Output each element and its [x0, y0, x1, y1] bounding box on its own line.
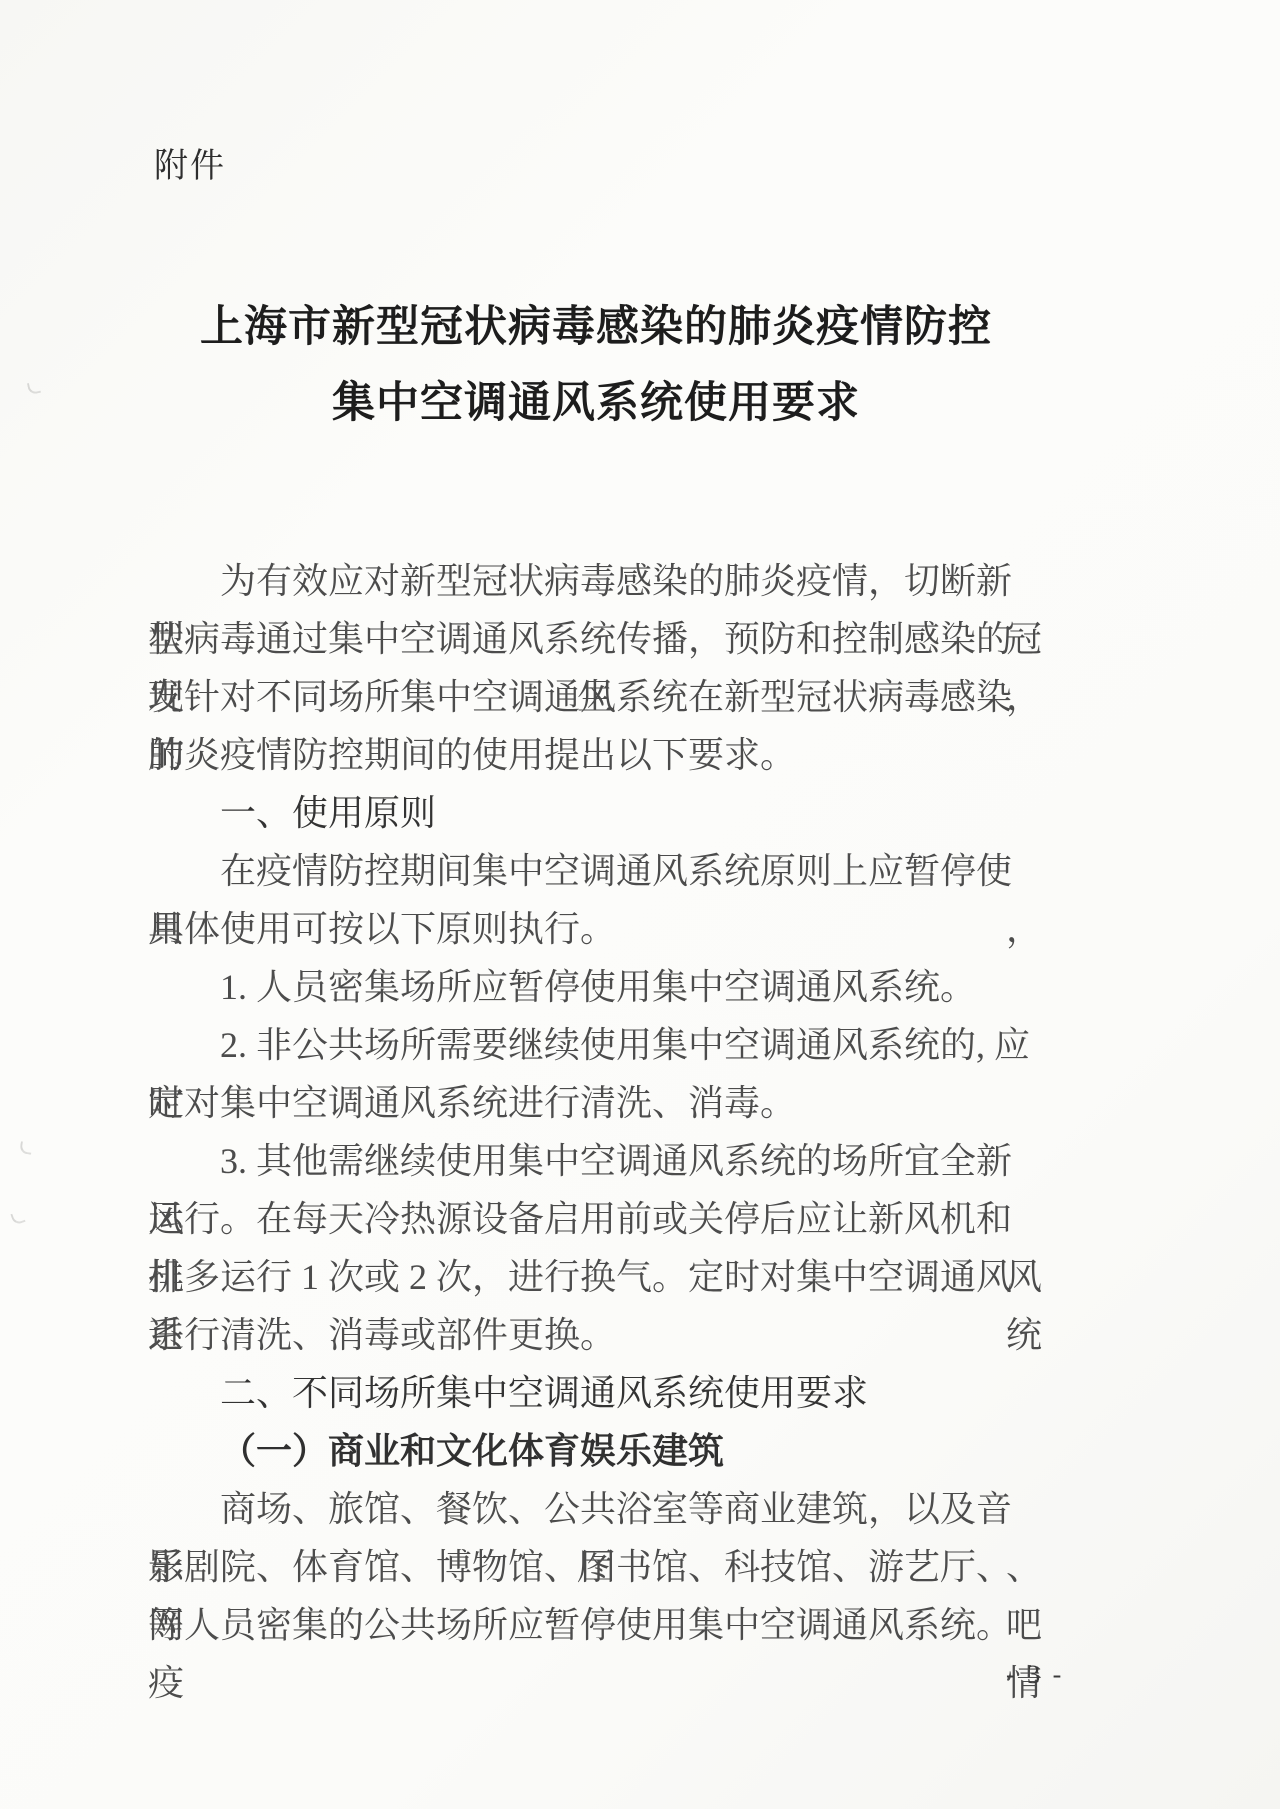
list-item-1: 1. 人员密集场所应暂停使用集中空调通风系统。 — [148, 958, 1042, 1016]
paragraph-line: 商场、旅馆、餐饮、公共浴室等商业建筑，以及音乐厅、 — [148, 1480, 1042, 1538]
paragraph-line: 影剧院、体育馆、博物馆、图书馆、科技馆、游艺厅、网吧 — [148, 1538, 1042, 1596]
document-title-line-2: 集中空调通风系统使用要求 — [150, 366, 1042, 442]
list-item-3-continued: 运行。在每天冷热源设备启用前或关停后应让新风机和排风 — [148, 1190, 1042, 1248]
paragraph-line: 现针对不同场所集中空调通风系统在新型冠状病毒感染的 — [148, 668, 1042, 726]
paragraph-line: 等人员密集的公共场所应暂停使用集中空调通风系统。疫情 — [148, 1596, 1042, 1654]
paragraph-line: 肺炎疫情防控期间的使用提出以下要求。 — [148, 726, 1042, 784]
document-title: 上海市新型冠状病毒感染的肺炎疫情防控 集中空调通风系统使用要求 — [150, 290, 1042, 442]
scanned-document-page: 附件 上海市新型冠状病毒感染的肺炎疫情防控 集中空调通风系统使用要求 为有效应对… — [0, 0, 1280, 1809]
list-item-2: 2. 非公共场所需要继续使用集中空调通风系统的, 应定 — [148, 1016, 1042, 1074]
page-number: - 3 - — [1006, 1660, 1064, 1690]
subsection-heading: （一）商业和文化体育娱乐建筑 — [148, 1422, 1042, 1480]
attachment-label: 附件 — [154, 138, 226, 187]
scan-artifact — [27, 381, 41, 395]
list-item-2-continued: 时对集中空调通风系统进行清洗、消毒。 — [148, 1074, 1042, 1132]
list-item-3: 3. 其他需继续使用集中空调通风系统的场所宜全新风 — [148, 1132, 1042, 1190]
paragraph-line: 为有效应对新型冠状病毒感染的肺炎疫情，切断新型冠 — [148, 552, 1042, 610]
document-body: 为有效应对新型冠状病毒感染的肺炎疫情，切断新型冠 状病毒通过集中空调通风系统传播… — [148, 552, 1042, 1654]
paragraph-line: 状病毒通过集中空调通风系统传播，预防和控制感染的发生， — [148, 610, 1042, 668]
paragraph-line: 在疫情防控期间集中空调通风系统原则上应暂停使用， — [148, 842, 1042, 900]
list-item-3-continued: 机多运行 1 次或 2 次，进行换气。定时对集中空调通风系统 — [148, 1248, 1042, 1306]
section-heading-1: 一、使用原则 — [148, 784, 1042, 842]
section-heading-2: 二、不同场所集中空调通风系统使用要求 — [148, 1364, 1042, 1422]
document-title-line-1: 上海市新型冠状病毒感染的肺炎疫情防控 — [150, 290, 1042, 366]
scan-artifact — [10, 1210, 25, 1225]
scan-artifact — [19, 1141, 33, 1155]
